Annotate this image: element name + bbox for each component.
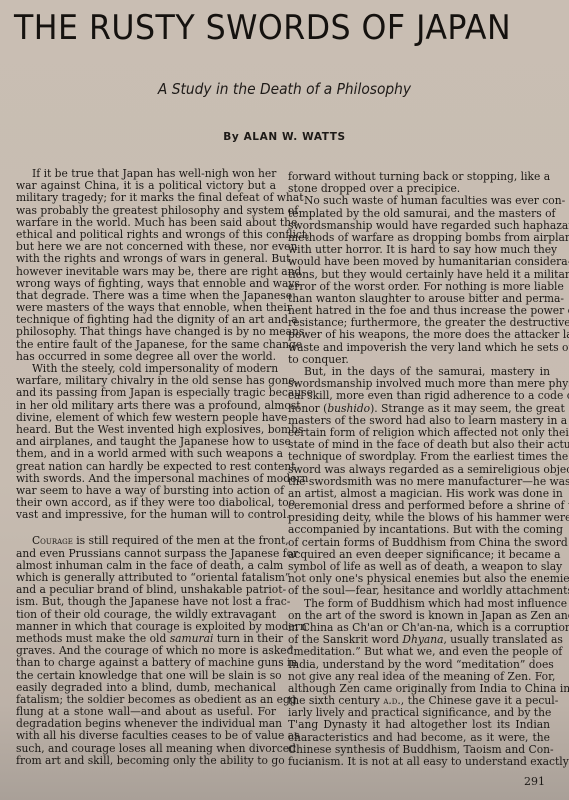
text-line: sword was always regarded as a semirelig… xyxy=(288,464,550,476)
text-line: The form of Buddhism which had most infl… xyxy=(288,598,550,610)
italic-term: samurai xyxy=(170,632,214,645)
drop-lead-word: Courage xyxy=(32,534,73,547)
text-line: military tragedy; for it marks the final… xyxy=(16,192,276,204)
text-line: the certain knowledge that one will be s… xyxy=(16,670,276,682)
text-line: waste and impoverish the very land which… xyxy=(288,342,550,354)
text-line: tion of their old courage, the wildly ex… xyxy=(16,609,276,621)
text-line: philosophy. That things have changed is … xyxy=(16,326,276,338)
text-line: with all his diverse faculties ceases to… xyxy=(16,730,276,742)
text-line: them, and in a world armed with such wea… xyxy=(16,448,276,460)
text-line: templated by the old samurai, and the ma… xyxy=(288,208,550,220)
text-line: of certain forms of Buddhism from China … xyxy=(288,537,550,549)
text-line: with the rights and wrongs of wars in ge… xyxy=(16,253,276,265)
text-line: and even Prussians cannot surpass the Ja… xyxy=(16,548,276,560)
left-column: If it be true that Japan has well-nigh w… xyxy=(16,168,276,767)
italic-term: bushido xyxy=(327,402,370,415)
right-column: forward without turning back or stopping… xyxy=(288,171,550,768)
page-number: 291 xyxy=(524,775,545,788)
text-line: such, and courage loses all meaning when… xyxy=(16,743,276,755)
text-line: honor (bushido). Strange as it may seem,… xyxy=(288,403,550,415)
paragraph-3: The form of Buddhism which had most infl… xyxy=(288,598,550,769)
text-line: technique of swordplay. From the earlies… xyxy=(288,451,550,463)
section-gap xyxy=(16,521,276,535)
text-line: and its passing from Japan is especially… xyxy=(16,387,276,399)
magazine-page: THE RUSTY SWORDS OF JAPAN A Study in the… xyxy=(0,0,569,800)
italic-term: Dhyana xyxy=(402,633,443,646)
article-title: THE RUSTY SWORDS OF JAPAN xyxy=(14,8,479,48)
text-line: India, understand by the word “meditatio… xyxy=(288,659,550,671)
small-caps-term: a.d. xyxy=(383,694,400,707)
text-line: than to charge against a battery of mach… xyxy=(16,657,276,669)
text-line: characteristics and had become, as it we… xyxy=(288,732,550,744)
text-line: Courage is still required of the men at … xyxy=(16,535,276,547)
paragraph-2: But, in the days of the samurai, mastery… xyxy=(288,366,550,598)
text-line: “meditation.” But what we, and even the … xyxy=(288,646,550,658)
text-line: was probably the greatest philosophy and… xyxy=(16,205,276,217)
text-line: vast and impressive, for the human will … xyxy=(16,509,276,521)
article-subtitle: A Study in the Death of a Philosophy xyxy=(23,80,546,98)
text-line: power of his weapons, the more does the … xyxy=(288,329,550,341)
text-line: of the soul—fear, hesitance and worldly … xyxy=(288,585,550,597)
paragraph-1: No such waste of human faculties was eve… xyxy=(288,195,550,366)
text-line: No such waste of human faculties was eve… xyxy=(288,195,550,207)
text-line: from art and skill, becoming only the ab… xyxy=(16,755,276,767)
text-line: fucianism. It is not at all easy to unde… xyxy=(288,756,550,768)
text-line: in her old military arts there was a pro… xyxy=(16,400,276,412)
text-line: great nation can hardly be expected to r… xyxy=(16,461,276,473)
text-line: the entire fault of the Japanese, for th… xyxy=(16,339,276,351)
text-line: would have been moved by humanitarian co… xyxy=(288,256,550,268)
paragraph-3: Courage is still required of the men at … xyxy=(16,535,276,767)
article-byline: By ALAN W. WATTS xyxy=(0,131,569,143)
text-line: ism. But, though the Japanese have not l… xyxy=(16,596,276,608)
paragraph-1: If it be true that Japan has well-nigh w… xyxy=(16,168,276,363)
text-line: however inevitable wars may be, there ar… xyxy=(16,266,276,278)
text-line: accompanied by incantations. But with th… xyxy=(288,524,550,536)
paragraph-2: With the steely, cold impersonality of m… xyxy=(16,363,276,521)
paragraph-continued: forward without turning back or stopping… xyxy=(288,171,550,195)
text-line: T'ang Dynasty it had altogether lost its… xyxy=(288,719,550,731)
text-line: tions, but they would certainly have hel… xyxy=(288,269,550,281)
